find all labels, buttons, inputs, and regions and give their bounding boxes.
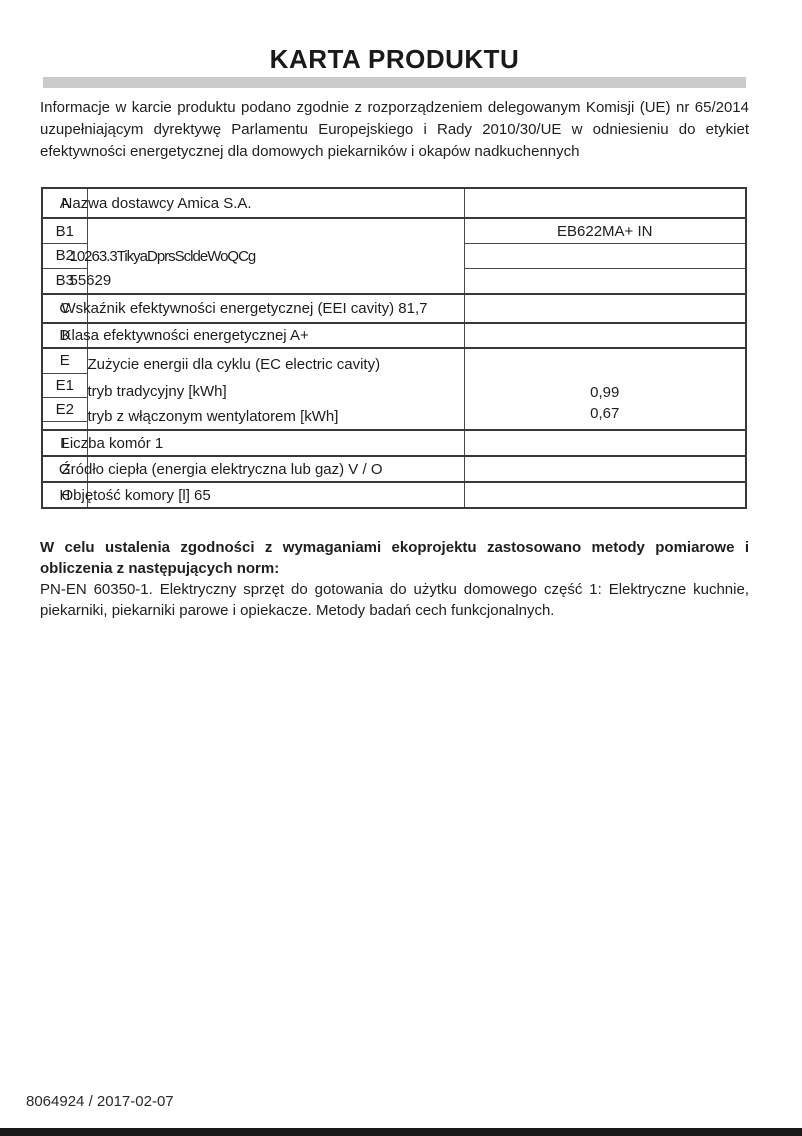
row-b2-value bbox=[464, 244, 746, 269]
row-c-value bbox=[464, 294, 746, 323]
row-e1-label: E1 bbox=[42, 373, 87, 397]
table-row: B1 10263.3TikyaDprsScldeWoQCg 55629 EB62… bbox=[42, 218, 746, 244]
e-value-spacer bbox=[465, 349, 746, 382]
row-b1-label: B1 bbox=[42, 218, 87, 244]
row-g-desc: Źródło ciepła (energia elektryczna lub g… bbox=[87, 456, 464, 482]
row-h-value bbox=[464, 482, 746, 508]
row-f-desc: Liczba komór 1 bbox=[87, 430, 464, 456]
page-title: KARTA PRODUKTU bbox=[40, 44, 749, 75]
row-e-spacer-cell bbox=[42, 421, 87, 430]
row-e1-desc-text: tryb tradycyjny [kWh] bbox=[88, 379, 464, 405]
row-e2-desc-text: tryb z włączonym wentylatorem [kWh] bbox=[88, 405, 464, 429]
product-data-table: A Nazwa dostawcy Amica S.A. B1 10263.3Ti… bbox=[41, 187, 747, 509]
rows-e-value: 0,99 0,67 bbox=[464, 348, 746, 430]
row-d-desc-text: Klasa efektywności energetycznej A+ bbox=[62, 327, 309, 344]
norms-section: W celu ustalenia zgodności z wymaganiami… bbox=[40, 537, 749, 621]
table-row: E Zużycie energii dla cyklu (EC electric… bbox=[42, 348, 746, 373]
rows-e-desc: Zużycie energii dla cyklu (EC electric c… bbox=[87, 348, 464, 430]
row-h-desc: Objętość komory [l] 65 bbox=[87, 482, 464, 508]
row-d-value bbox=[464, 323, 746, 348]
table-row: A Nazwa dostawcy Amica S.A. bbox=[42, 188, 746, 218]
table-row: C Wskaźnik efektywności energetycznej (E… bbox=[42, 294, 746, 323]
row-e2-label: E2 bbox=[42, 397, 87, 421]
row-f-value bbox=[464, 430, 746, 456]
table-row: H Objętość komory [l] 65 bbox=[42, 482, 746, 508]
product-fiche-page: KARTA PRODUKTU Informacje w karcie produ… bbox=[0, 0, 802, 1136]
bottom-black-bar bbox=[0, 1128, 802, 1136]
norms-body: PN-EN 60350-1. Elektryczny sprzęt do got… bbox=[40, 581, 749, 619]
row-a-value bbox=[464, 188, 746, 218]
row-c-desc-text: Wskaźnik efektywności energetycznej (EEI… bbox=[62, 300, 428, 317]
row-h-desc-text: Objętość komory [l] 65 bbox=[62, 487, 211, 504]
table-row: D Klasa efektywności energetycznej A+ bbox=[42, 323, 746, 348]
intro-paragraph: Informacje w karcie produktu podano zgod… bbox=[40, 97, 749, 163]
row-e-desc-text: Zużycie energii dla cyklu (EC electric c… bbox=[88, 350, 464, 379]
row-b3-desc-text: 55629 bbox=[88, 268, 464, 293]
title-underline-bar bbox=[43, 77, 746, 88]
row-e2-value: 0,67 bbox=[465, 403, 746, 424]
row-d-desc: Klasa efektywności energetycznej A+ bbox=[87, 323, 464, 348]
norms-heading: W celu ustalenia zgodności z wymaganiami… bbox=[40, 539, 749, 577]
row-a-desc-text: Nazwa dostawcy Amica S.A. bbox=[62, 195, 252, 212]
row-g-value bbox=[464, 456, 746, 482]
document-reference: 8064924 / 2017-02-07 bbox=[26, 1093, 174, 1110]
row-e-label: E bbox=[42, 348, 87, 373]
table-row: F Liczba komór 1 bbox=[42, 430, 746, 456]
row-b1-value: EB622MA+ IN bbox=[464, 218, 746, 244]
row-a-desc: Nazwa dostawcy Amica S.A. bbox=[87, 188, 464, 218]
rows-b-desc: 10263.3TikyaDprsScldeWoQCg 55629 bbox=[87, 218, 464, 294]
table-row: G Źródło ciepła (energia elektryczna lub… bbox=[42, 456, 746, 482]
row-b2-desc-text: 10263.3TikyaDprsScldeWoQCg bbox=[88, 244, 464, 268]
row-f-desc-text: Liczba komór 1 bbox=[62, 435, 164, 452]
row-b1-desc-text bbox=[88, 219, 464, 244]
row-c-desc: Wskaźnik efektywności energetycznej (EEI… bbox=[87, 294, 464, 323]
row-b3-value bbox=[464, 268, 746, 294]
row-g-desc-text: Źródło ciepła (energia elektryczna lub g… bbox=[62, 461, 383, 478]
row-e1-value: 0,99 bbox=[465, 382, 746, 403]
